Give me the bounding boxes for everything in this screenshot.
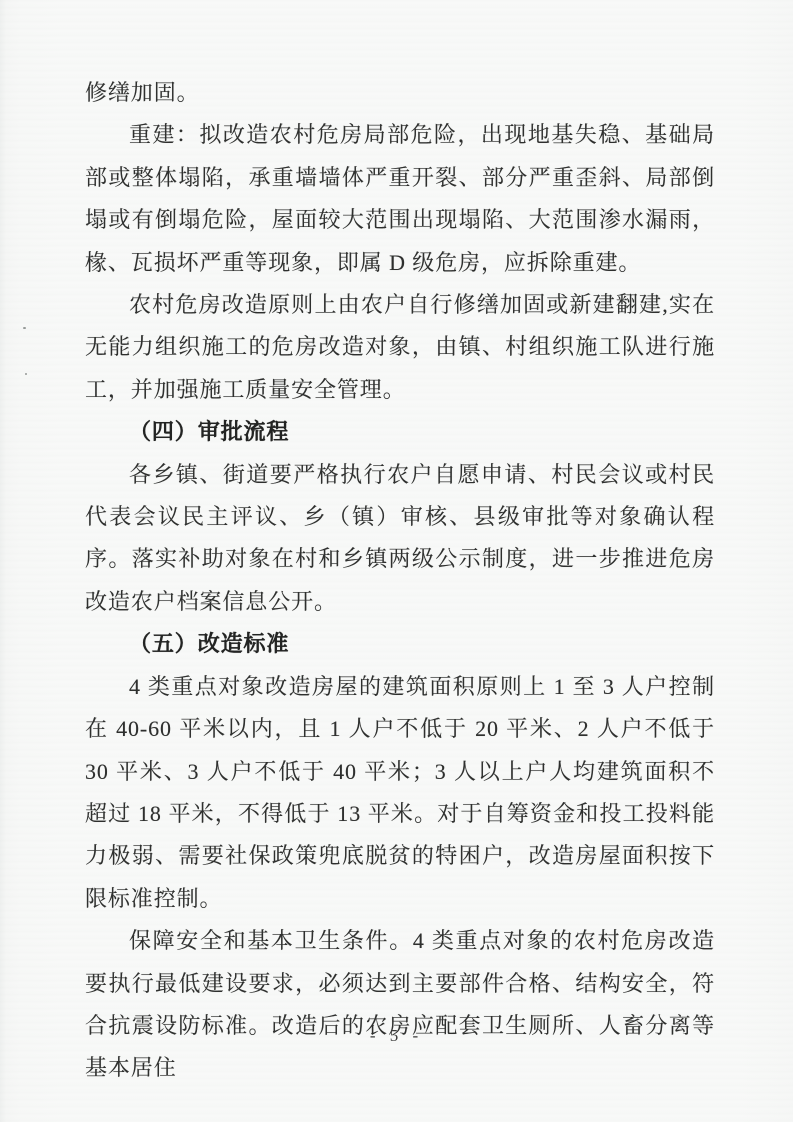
paragraph-continuation-repair-reinforce: 修缮加固。 [85,72,715,114]
scan-speck [23,327,26,329]
scan-speck [25,373,27,375]
page-number: - 5 - [0,1026,793,1046]
paragraph-safety-sanitation: 保障安全和基本卫生条件。4 类重点对象的农村危房改造要执行最低建设要求，必须达到… [85,920,715,1090]
paragraph-construction-principle: 农村危房改造原则上由农户自行修缮加固或新建翻建,实在无能力组织施工的危房改造对象… [85,284,715,411]
paragraph-rebuild-definition: 重建：拟改造农村危房局部危险，出现地基失稳、基础局部或整体塌陷，承重墙墙体严重开… [85,114,715,284]
paragraph-approval-procedure: 各乡镇、街道要严格执行农户自愿申请、村民会议或村民代表会议民主评议、乡（镇）审核… [85,454,715,624]
paragraph-area-standards: 4 类重点对象改造房屋的建筑面积原则上 1 至 3 人户控制在 40-60 平米… [85,666,715,920]
document-content: 修缮加固。 重建：拟改造农村危房局部危险，出现地基失稳、基础局部或整体塌陷，承重… [85,72,715,1090]
section-heading-approval-process: （四）审批流程 [85,411,715,453]
section-heading-renovation-standard: （五）改造标准 [85,623,715,665]
scanned-document-page: 修缮加固。 重建：拟改造农村危房局部危险，出现地基失稳、基础局部或整体塌陷，承重… [0,0,793,1122]
